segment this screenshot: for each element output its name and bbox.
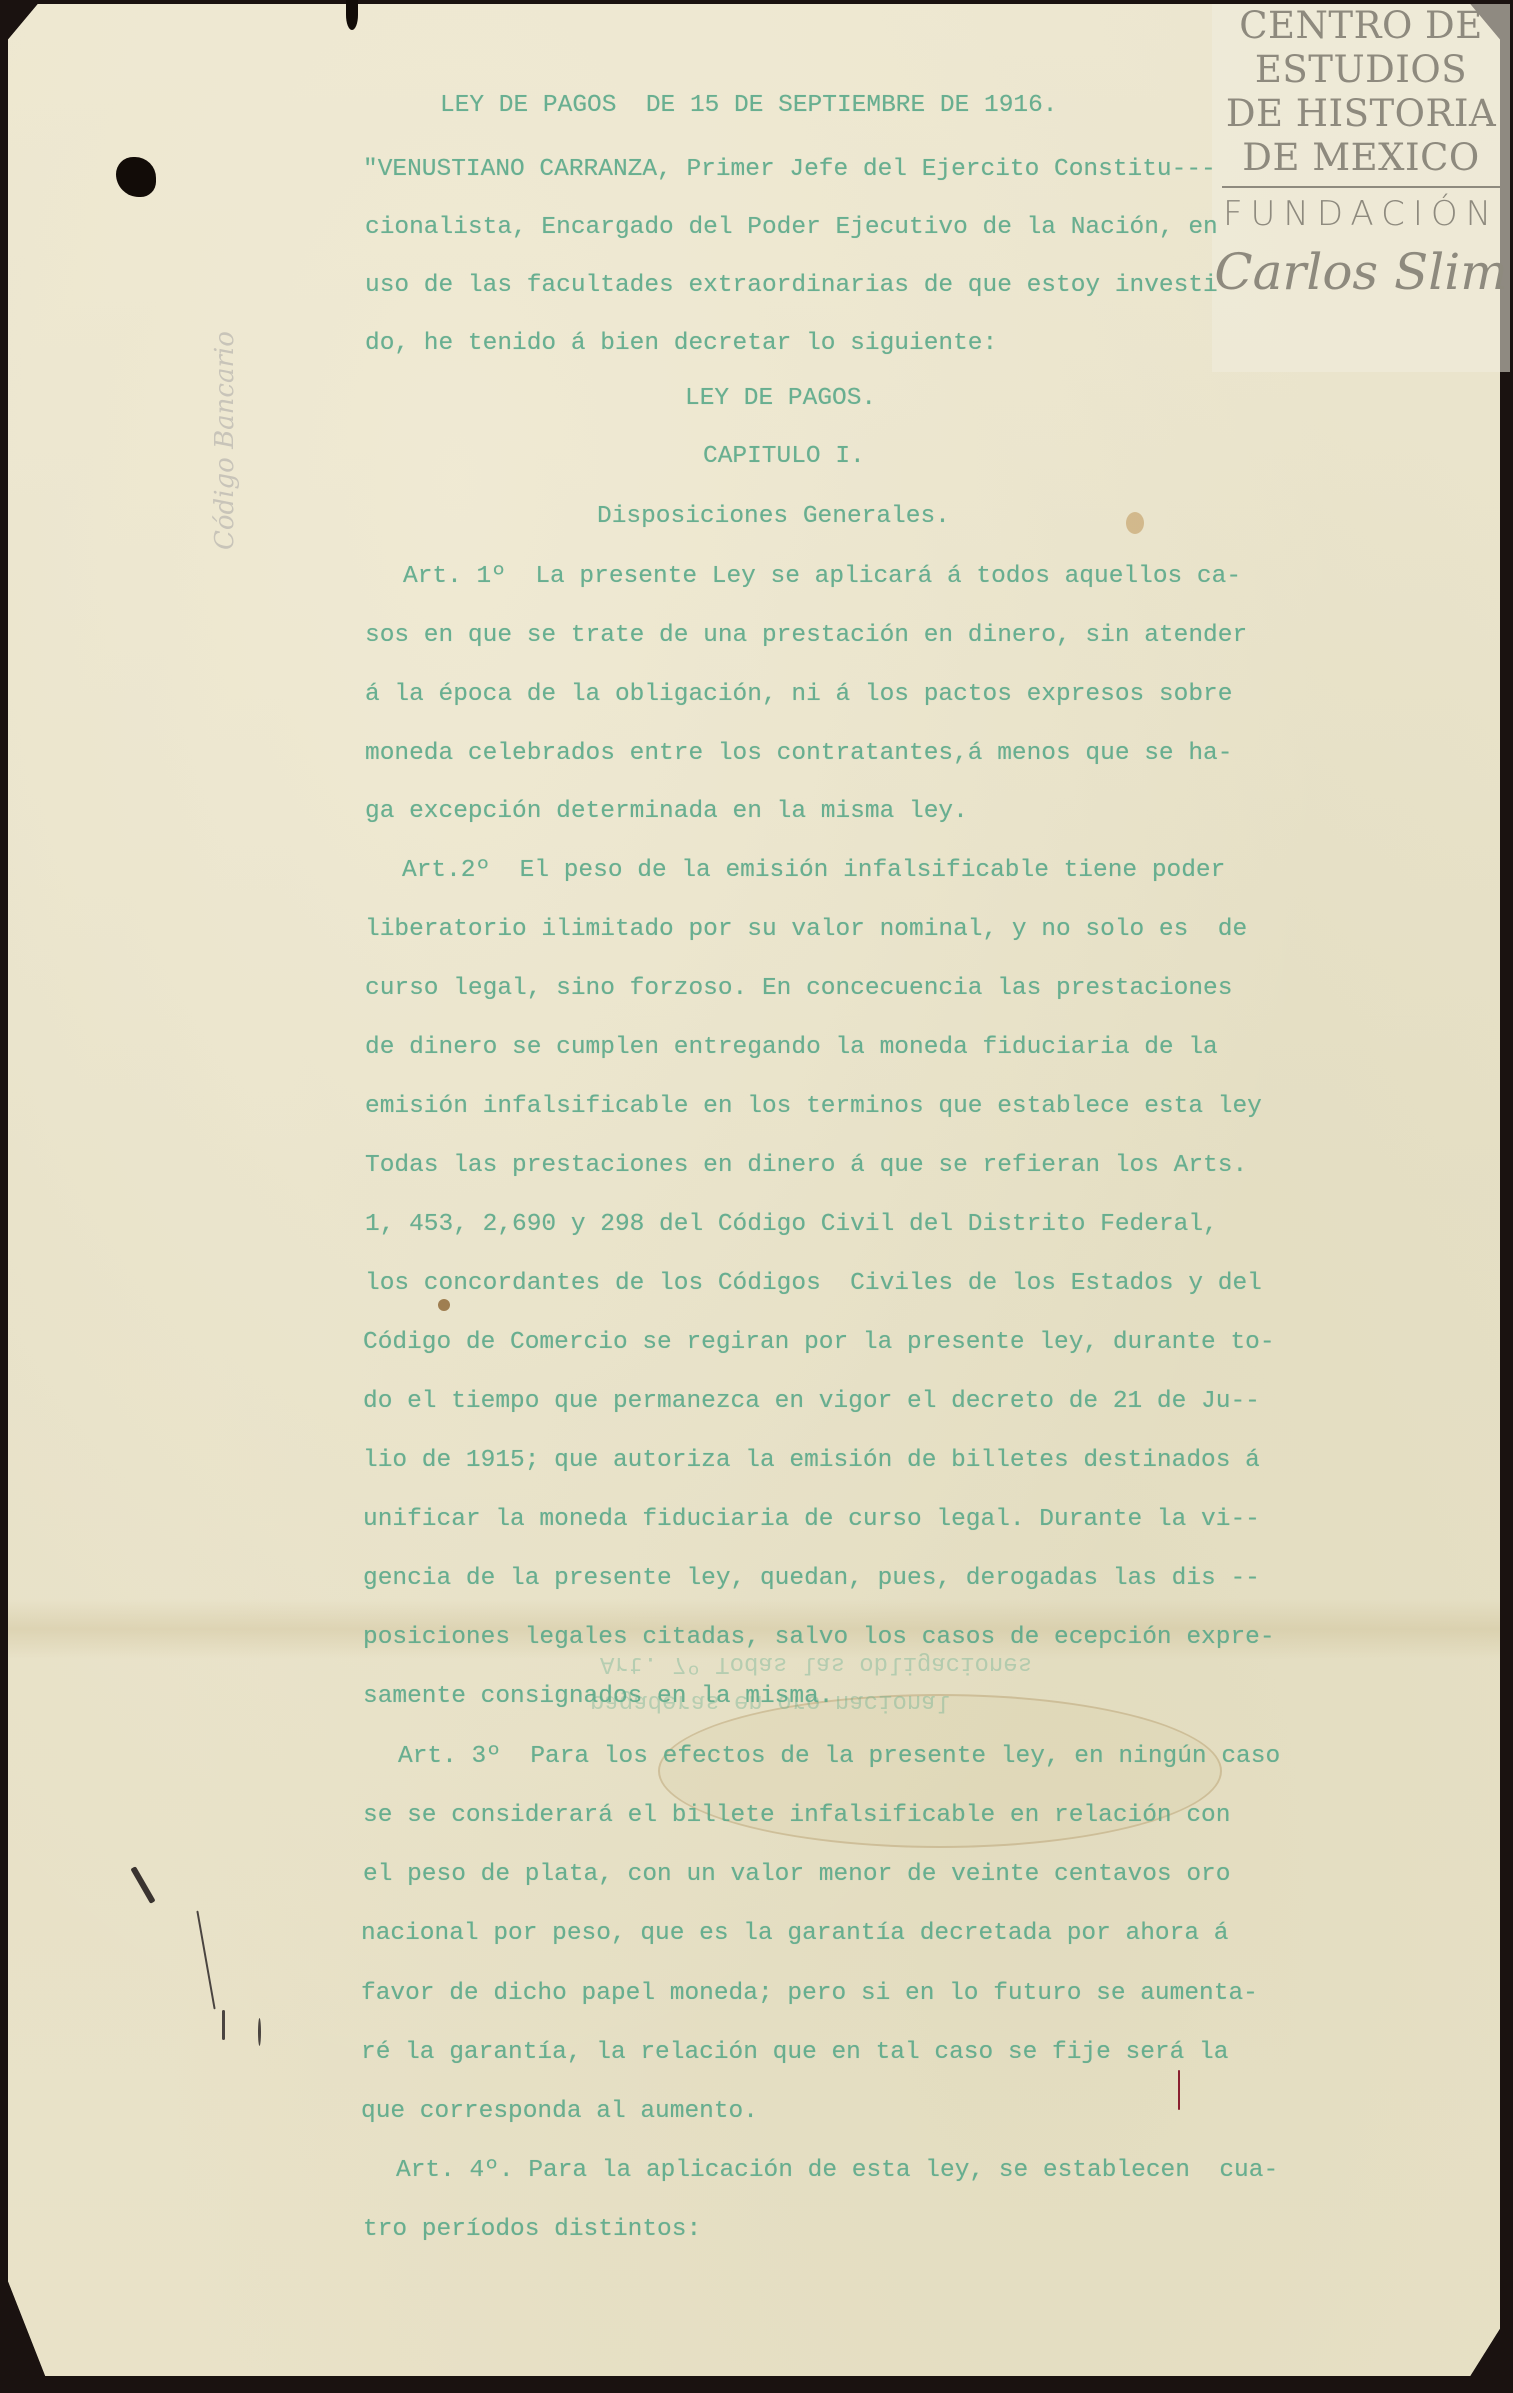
watermark-divider — [1222, 186, 1500, 188]
article-line: liberatorio ilimitado por su valor nomin… — [365, 916, 1247, 943]
article-line: unificar la moneda fiduciaria de curso l… — [363, 1506, 1260, 1533]
article-line: Art. 3º Para los efectos de la presente … — [398, 1743, 1280, 1770]
stain — [438, 1299, 450, 1311]
ink-mark — [258, 2018, 261, 2046]
law-heading: LEY DE PAGOS. — [685, 385, 876, 412]
article-line: gencia de la presente ley, quedan, pues,… — [363, 1565, 1260, 1592]
section-heading: Disposiciones Generales. — [597, 503, 950, 530]
watermark-line: CENTRO DE — [1212, 4, 1510, 48]
article-line: Código de Comercio se regiran por la pre… — [363, 1329, 1275, 1356]
article-line: Art. 4º. Para la aplicación de esta ley,… — [396, 2157, 1278, 2184]
archive-watermark: CENTRO DE ESTUDIOS DE HISTORIA DE MEXICO… — [1212, 4, 1510, 372]
article-line: ré la garantía, la relación que en tal c… — [361, 2039, 1228, 2066]
document-title: LEY DE PAGOS DE 15 DE SEPTIEMBRE DE 1916… — [440, 92, 1058, 119]
preamble-line: uso de las facultades extraordinarias de… — [365, 272, 1218, 299]
article-line: ga excepción determinada en la misma ley… — [365, 798, 968, 825]
watermark-line: DE MEXICO — [1212, 136, 1510, 180]
article-line: do el tiempo que permanezca en vigor el … — [363, 1388, 1260, 1415]
article-line: el peso de plata, con un valor menor de … — [363, 1861, 1230, 1888]
bleed-through-text: Art. 7º Todas las obligaciones — [600, 1650, 1032, 1677]
article-line: curso legal, sino forzoso. En concecuenc… — [365, 975, 1232, 1002]
watermark-line: DE HISTORIA — [1212, 92, 1510, 136]
article-line: favor de dicho papel moneda; pero si en … — [361, 1980, 1258, 2007]
article-line: sos en que se trate de una prestación en… — [365, 622, 1247, 649]
article-line: Art.2º El peso de la emisión infalsifica… — [402, 857, 1225, 884]
article-line: lio de 1915; que autoriza la emisión de … — [363, 1447, 1260, 1474]
article-line: posiciones legales citadas, salvo los ca… — [363, 1624, 1275, 1651]
watermark-signature: Carlos Slim — [1212, 240, 1510, 304]
article-line: de dinero se cumplen entregando la moned… — [365, 1034, 1218, 1061]
article-line: Todas las prestaciones en dinero á que s… — [365, 1152, 1247, 1179]
ink-mark — [222, 2010, 225, 2040]
article-line: tro períodos distintos: — [363, 2216, 701, 2243]
article-line: 1, 453, 2,690 y 298 del Código Civil del… — [365, 1211, 1218, 1238]
article-line: los concordantes de los Códigos Civiles … — [365, 1270, 1262, 1297]
chapter-heading: CAPITULO I. — [703, 443, 865, 470]
stain — [1126, 512, 1144, 534]
article-line: se se considerará el billete infalsifica… — [363, 1802, 1230, 1829]
article-line: moneda celebrados entre los contratantes… — [365, 740, 1232, 767]
pencil-margin-note: Código Bancario — [210, 331, 240, 550]
watermark-line: ESTUDIOS — [1212, 48, 1510, 92]
ink-mark — [1178, 2070, 1180, 2110]
article-line: Art. 1º La presente Ley se aplicará á to… — [403, 563, 1241, 590]
preamble-line: "VENUSTIANO CARRANZA, Primer Jefe del Ej… — [363, 156, 1216, 183]
preamble-line: cionalista, Encargado del Poder Ejecutiv… — [365, 214, 1218, 241]
article-line: emisión infalsificable en los terminos q… — [365, 1093, 1262, 1120]
article-line: que corresponda al aumento. — [361, 2098, 758, 2125]
article-line: á la época de la obligación, ni á los pa… — [365, 681, 1232, 708]
watermark-foundation: FUNDACIÓN — [1212, 192, 1510, 236]
article-line: nacional por peso, que es la garantía de… — [361, 1920, 1228, 1947]
bleed-through-text: pagaderas en oro nacional — [590, 1688, 950, 1715]
paper-tear — [346, 0, 358, 30]
preamble-line: do, he tenido á bien decretar lo siguien… — [365, 330, 997, 357]
